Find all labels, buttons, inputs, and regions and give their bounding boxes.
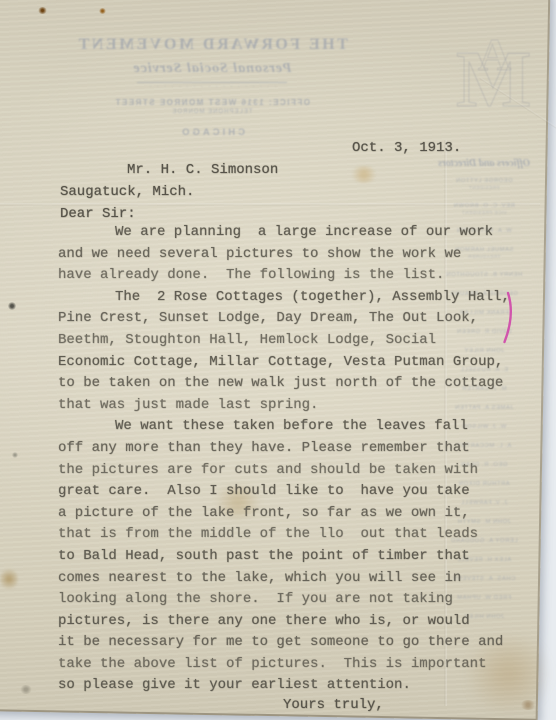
pink-pen-mark xyxy=(498,290,518,346)
bleedthrough-officer-name: GEORGE LYTTON xyxy=(428,178,540,185)
bleedthrough-city: CHICAGO xyxy=(0,127,424,138)
typed-line: looking along the shore. If you are not … xyxy=(58,589,556,611)
typed-line: The 2 Rose Cottages (together), Assembly… xyxy=(115,287,556,309)
closing-line: Yours truly, xyxy=(283,697,384,713)
typed-line: and we need several pictures to show the… xyxy=(58,244,556,266)
bleedthrough-motto-illegible: · · · · · · · · · · · · · · · · · · xyxy=(0,84,424,90)
diagonal-crease xyxy=(480,77,556,160)
typed-line: it be necessary for me to get someone to… xyxy=(58,632,556,654)
bleedthrough-officer-role: VICE PRESIDENT xyxy=(428,210,540,216)
bleedthrough-tagline: Personal Social Service xyxy=(0,61,424,77)
typed-line: Economic Cottage, Millar Cottage, Vesta … xyxy=(58,352,556,374)
bleedthrough-phone-line: TELEPHONE MONROE xyxy=(0,109,424,115)
recipient-city: Saugatuck, Mich. xyxy=(60,184,194,200)
typed-line: that is from the middle of the llo out t… xyxy=(58,524,556,546)
typed-line: off any more than they have. Please reme… xyxy=(58,438,556,460)
typed-line: great care. Also I should like to have y… xyxy=(58,481,556,503)
typed-line: to Bald Head, south past the point of ti… xyxy=(58,546,556,568)
bleedthrough-officers-heading: Officers and Directors xyxy=(428,158,540,169)
salutation: Dear Sir: xyxy=(60,206,136,222)
typed-line: Pine Crest, Sunset Lodge, Day Dream, The… xyxy=(58,308,556,330)
typed-line: pictures, is there any one there who is,… xyxy=(58,611,556,633)
typed-line: take the above list of pictures. This is… xyxy=(58,654,556,676)
bleedthrough-rule xyxy=(137,82,287,83)
typed-body: We are planning a large increase of our … xyxy=(0,222,556,697)
scanned-letter-page: THE FORWARD MOVEMENT Personal Social Ser… xyxy=(0,0,556,720)
stain-spot xyxy=(520,700,536,710)
stain-spot xyxy=(99,8,106,14)
monogram-letter: A xyxy=(478,32,511,78)
typed-line: to be taken on the new walk just north o… xyxy=(58,373,556,395)
typed-line: We are planning a large increase of our … xyxy=(115,222,556,244)
typed-line: that was just made last spring. xyxy=(58,395,556,417)
monogram-letter: M xyxy=(456,40,532,120)
stain-spot xyxy=(350,166,378,183)
typed-line: comes nearest to the lake, which you wil… xyxy=(58,568,556,590)
recipient-name: Mr. H. C. Simonson xyxy=(127,162,278,178)
bleedthrough-org-name: THE FORWARD MOVEMENT xyxy=(0,36,424,54)
typed-line: a picture of the lake front, so far as w… xyxy=(58,503,556,525)
typed-line: the pictures are for cuts and should be … xyxy=(58,460,556,482)
letter-date: Oct. 3, 1913. xyxy=(352,140,461,156)
typed-line: have already done. The following is the … xyxy=(58,265,556,287)
letterhead-bleedthrough: THE FORWARD MOVEMENT Personal Social Ser… xyxy=(0,36,424,138)
stain-spot xyxy=(38,7,47,14)
bleedthrough-officer-role: PRESIDENT xyxy=(428,185,540,191)
monogram-emblem-icon: M A xyxy=(452,38,542,128)
typed-line: so please give it your earliest attentio… xyxy=(58,675,556,697)
typed-line: Beethm, Stoughton Hall, Hemlock Lodge, S… xyxy=(58,330,556,352)
bleedthrough-office-line: OFFICE: 1316 WEST MONROE STREET xyxy=(0,98,424,107)
bleedthrough-officer-entry: REV. C. O. BROWNVICE PRESIDENT xyxy=(428,203,540,216)
bleedthrough-officer-name: REV. C. O. BROWN xyxy=(428,203,540,210)
page-content: THE FORWARD MOVEMENT Personal Social Ser… xyxy=(0,0,556,720)
bleedthrough-officer-entry: GEORGE LYTTONPRESIDENT xyxy=(428,178,540,191)
typed-line: We want these taken before the leaves fa… xyxy=(115,416,556,438)
